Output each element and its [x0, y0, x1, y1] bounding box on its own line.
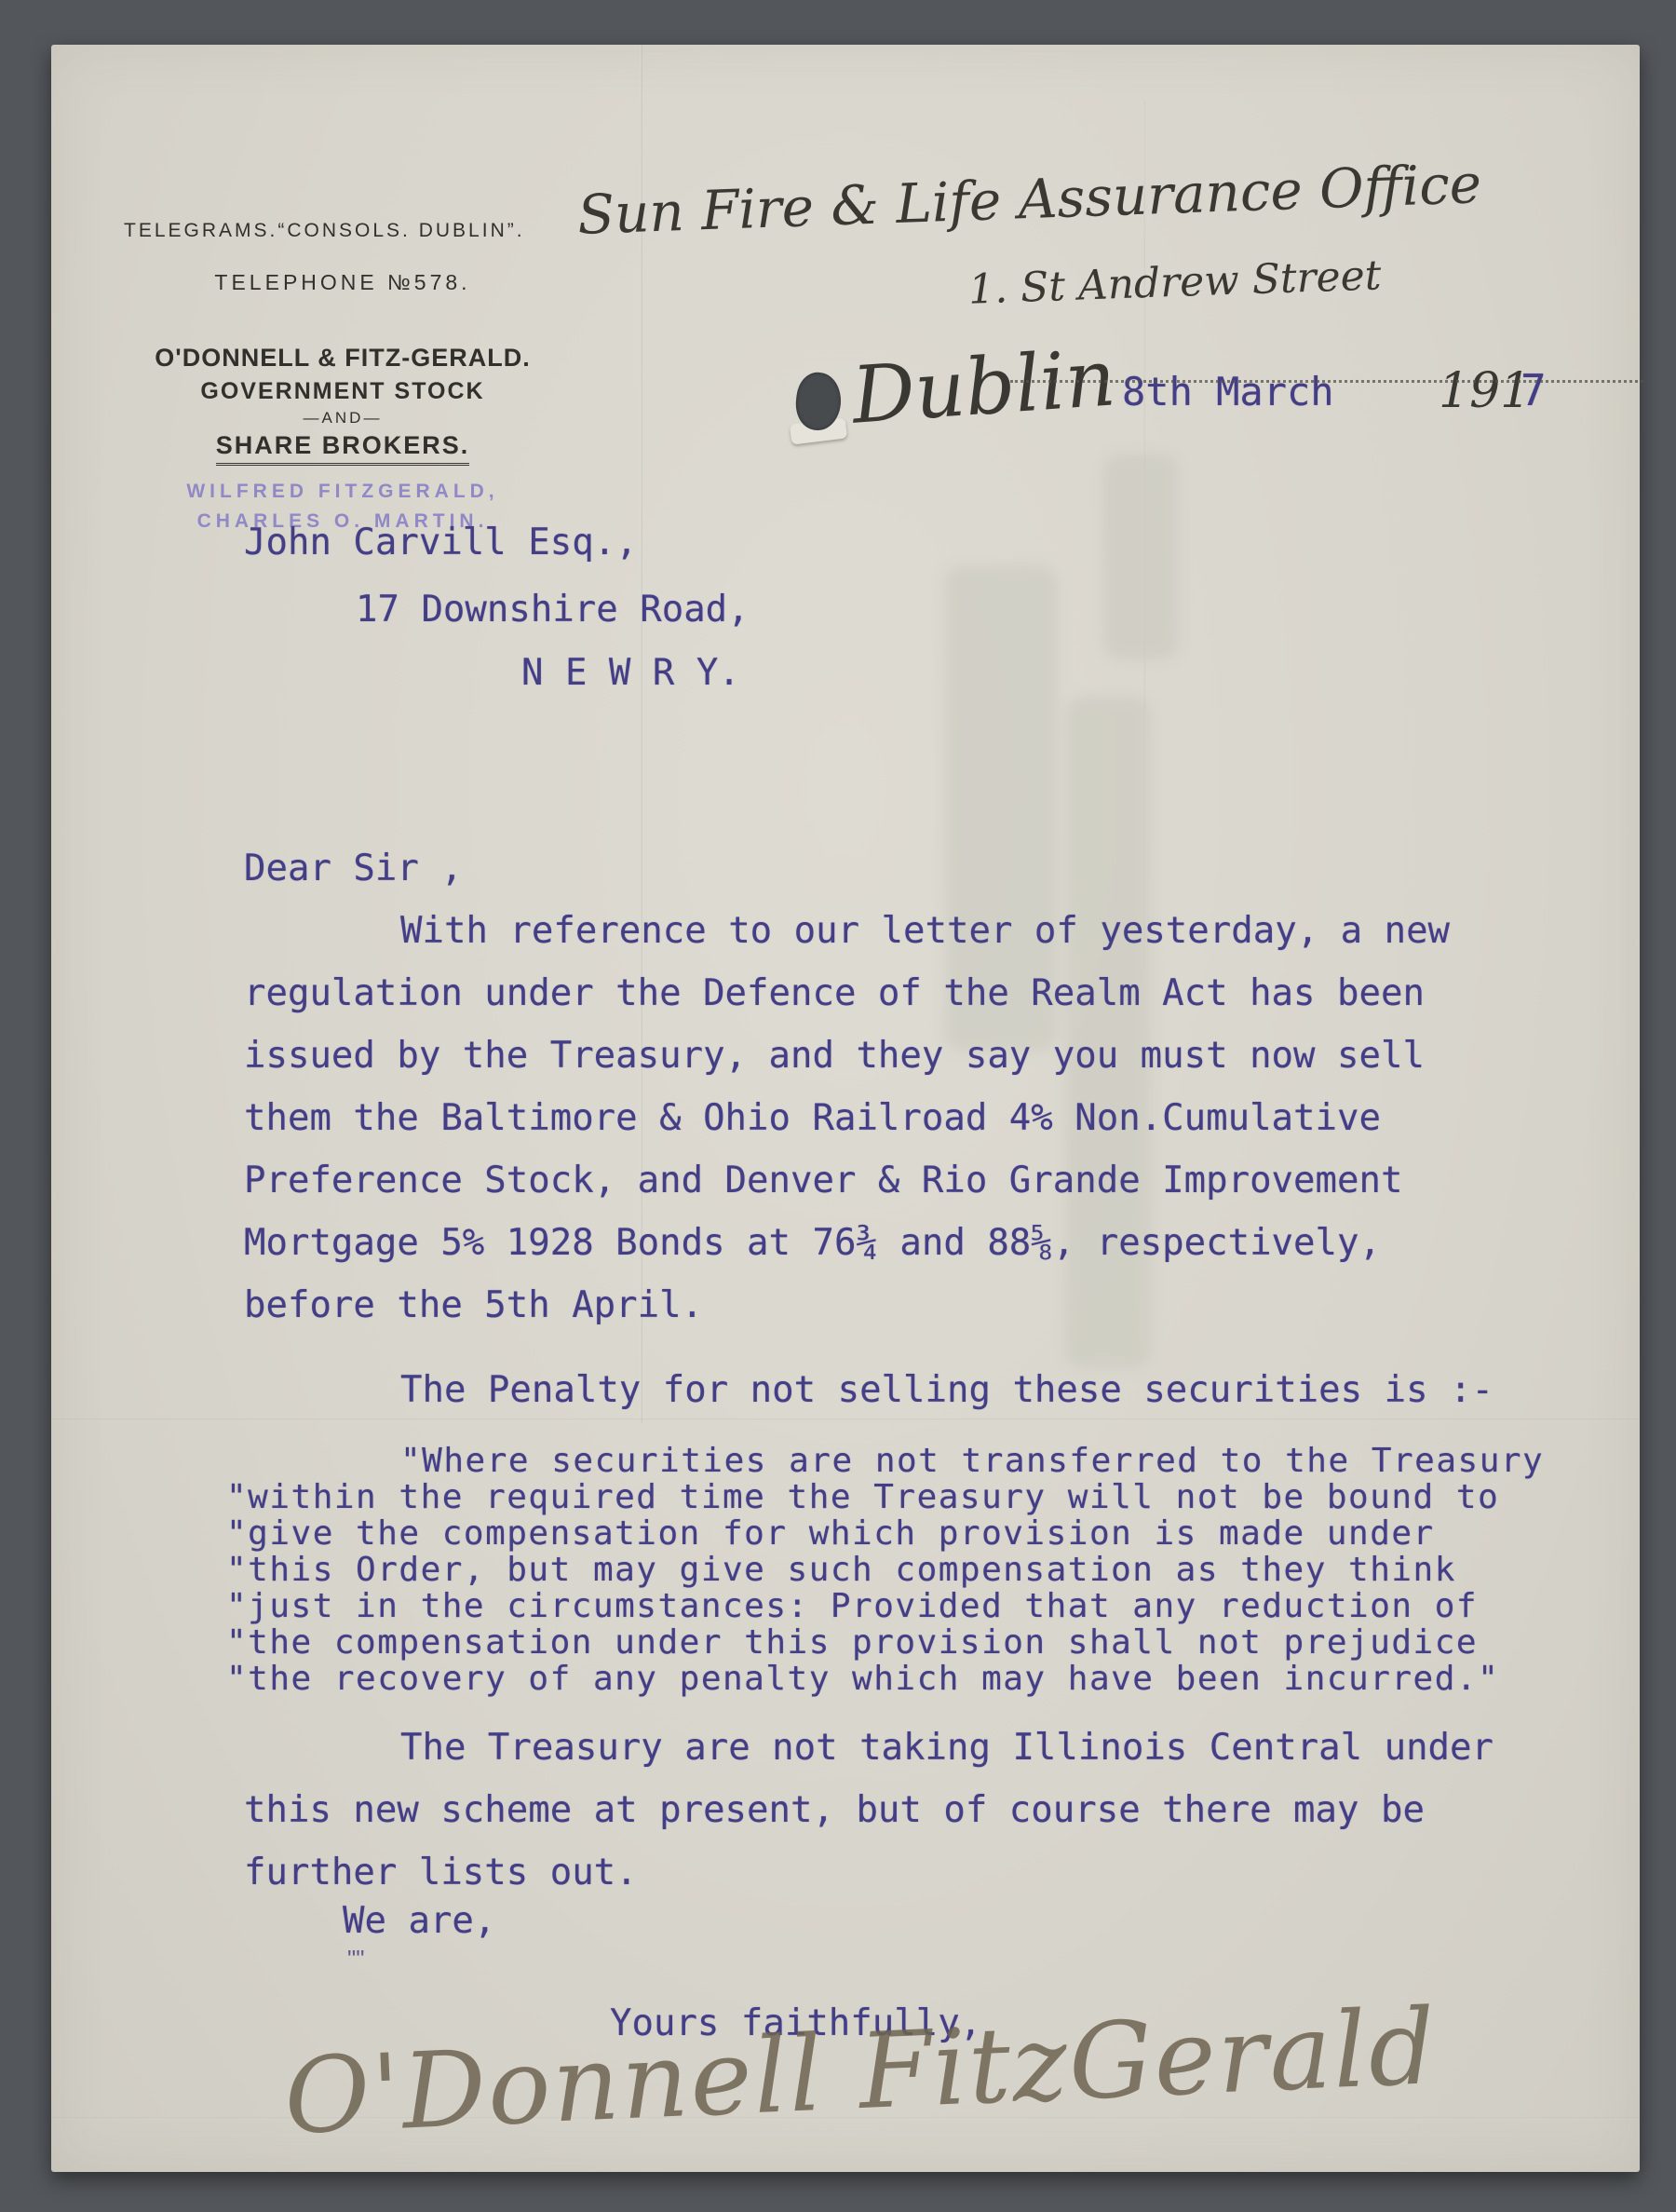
body-line: The Treasury are not taking Illinois Cen… [400, 1727, 1494, 1769]
firm-business-line3: SHARE BROKERS. [216, 431, 470, 466]
recipient-name: John Carvill Esq., [244, 522, 638, 563]
body-line: them the Baltimore & Ohio Railroad 4% No… [244, 1097, 1381, 1139]
city-script: Dublin [849, 332, 1118, 441]
telephone-line: TELEPHONE №578. [124, 270, 561, 295]
quote-line: "this Order, but may give such compensat… [226, 1551, 1456, 1589]
quote-line: "within the required time the Treasury w… [226, 1478, 1499, 1516]
body-line: With reference to our letter of yesterda… [400, 910, 1450, 952]
fold-crease-vertical [640, 45, 642, 1423]
quote-line: "give the compensation for which provisi… [226, 1514, 1435, 1553]
letterhead-left-block: TELEGRAMS.“CONSOLS. DUBLIN”. TELEPHONE №… [124, 220, 561, 540]
handwritten-signature: O'Donnell FitzGerald [282, 1987, 1439, 2158]
body-line: regulation under the Defence of the Real… [244, 972, 1425, 1014]
body-line: this new scheme at present, but of cours… [244, 1789, 1425, 1831]
quote-line: "Where securities are not transferred to… [400, 1442, 1544, 1480]
telegrams-line: TELEGRAMS.“CONSOLS. DUBLIN”. [124, 220, 561, 242]
body-line: before the 5th April. [244, 1284, 703, 1326]
body-line: Preference Stock, and Denver & Rio Grand… [244, 1160, 1402, 1201]
quote-line: "just in the circumstances: Provided tha… [226, 1587, 1478, 1625]
letter-paper: TELEGRAMS.“CONSOLS. DUBLIN”. TELEPHONE №… [51, 45, 1640, 2172]
year-printed: 191 [1439, 363, 1531, 419]
firm-business-line2: —AND— [124, 409, 561, 427]
recipient-town: N E W R Y. [521, 652, 740, 694]
year-typed-digit: 7 [1521, 365, 1547, 415]
quote-line: "the compensation under this provision s… [226, 1623, 1478, 1662]
fold-crease-horizontal [51, 1418, 1640, 1421]
quote-line: "the recovery of any penalty which may h… [226, 1660, 1499, 1698]
closing-we-are: We are, [343, 1900, 495, 1942]
date-typed: 8th March [1122, 369, 1334, 414]
body-line: further lists out. [244, 1852, 638, 1893]
body-line: issued by the Treasury, and they say you… [244, 1035, 1425, 1077]
ditto-mark: "" [347, 1945, 364, 1974]
body-line: Mortgage 5% 1928 Bonds at 76¾ and 88⅝, r… [244, 1222, 1381, 1264]
firm-business-line1: GOVERNMENT STOCK [124, 378, 561, 405]
office-name-script: Sun Fire & Life Assurance Office [576, 152, 1482, 247]
firm-name: O'DONNELL & FITZ-GERALD. [124, 344, 561, 373]
scanned-letter-page: TELEGRAMS.“CONSOLS. DUBLIN”. TELEPHONE №… [0, 0, 1676, 2212]
partner-stamp-1: WILFRED FITZGERALD, [124, 481, 561, 503]
penalty-line: The Penalty for not selling these securi… [400, 1369, 1494, 1411]
office-address-script: 1. St Andrew Street [967, 251, 1382, 313]
salutation: Dear Sir , [244, 848, 463, 889]
date-dotted-rule [1010, 380, 1643, 383]
recipient-street: 17 Downshire Road, [356, 589, 750, 631]
